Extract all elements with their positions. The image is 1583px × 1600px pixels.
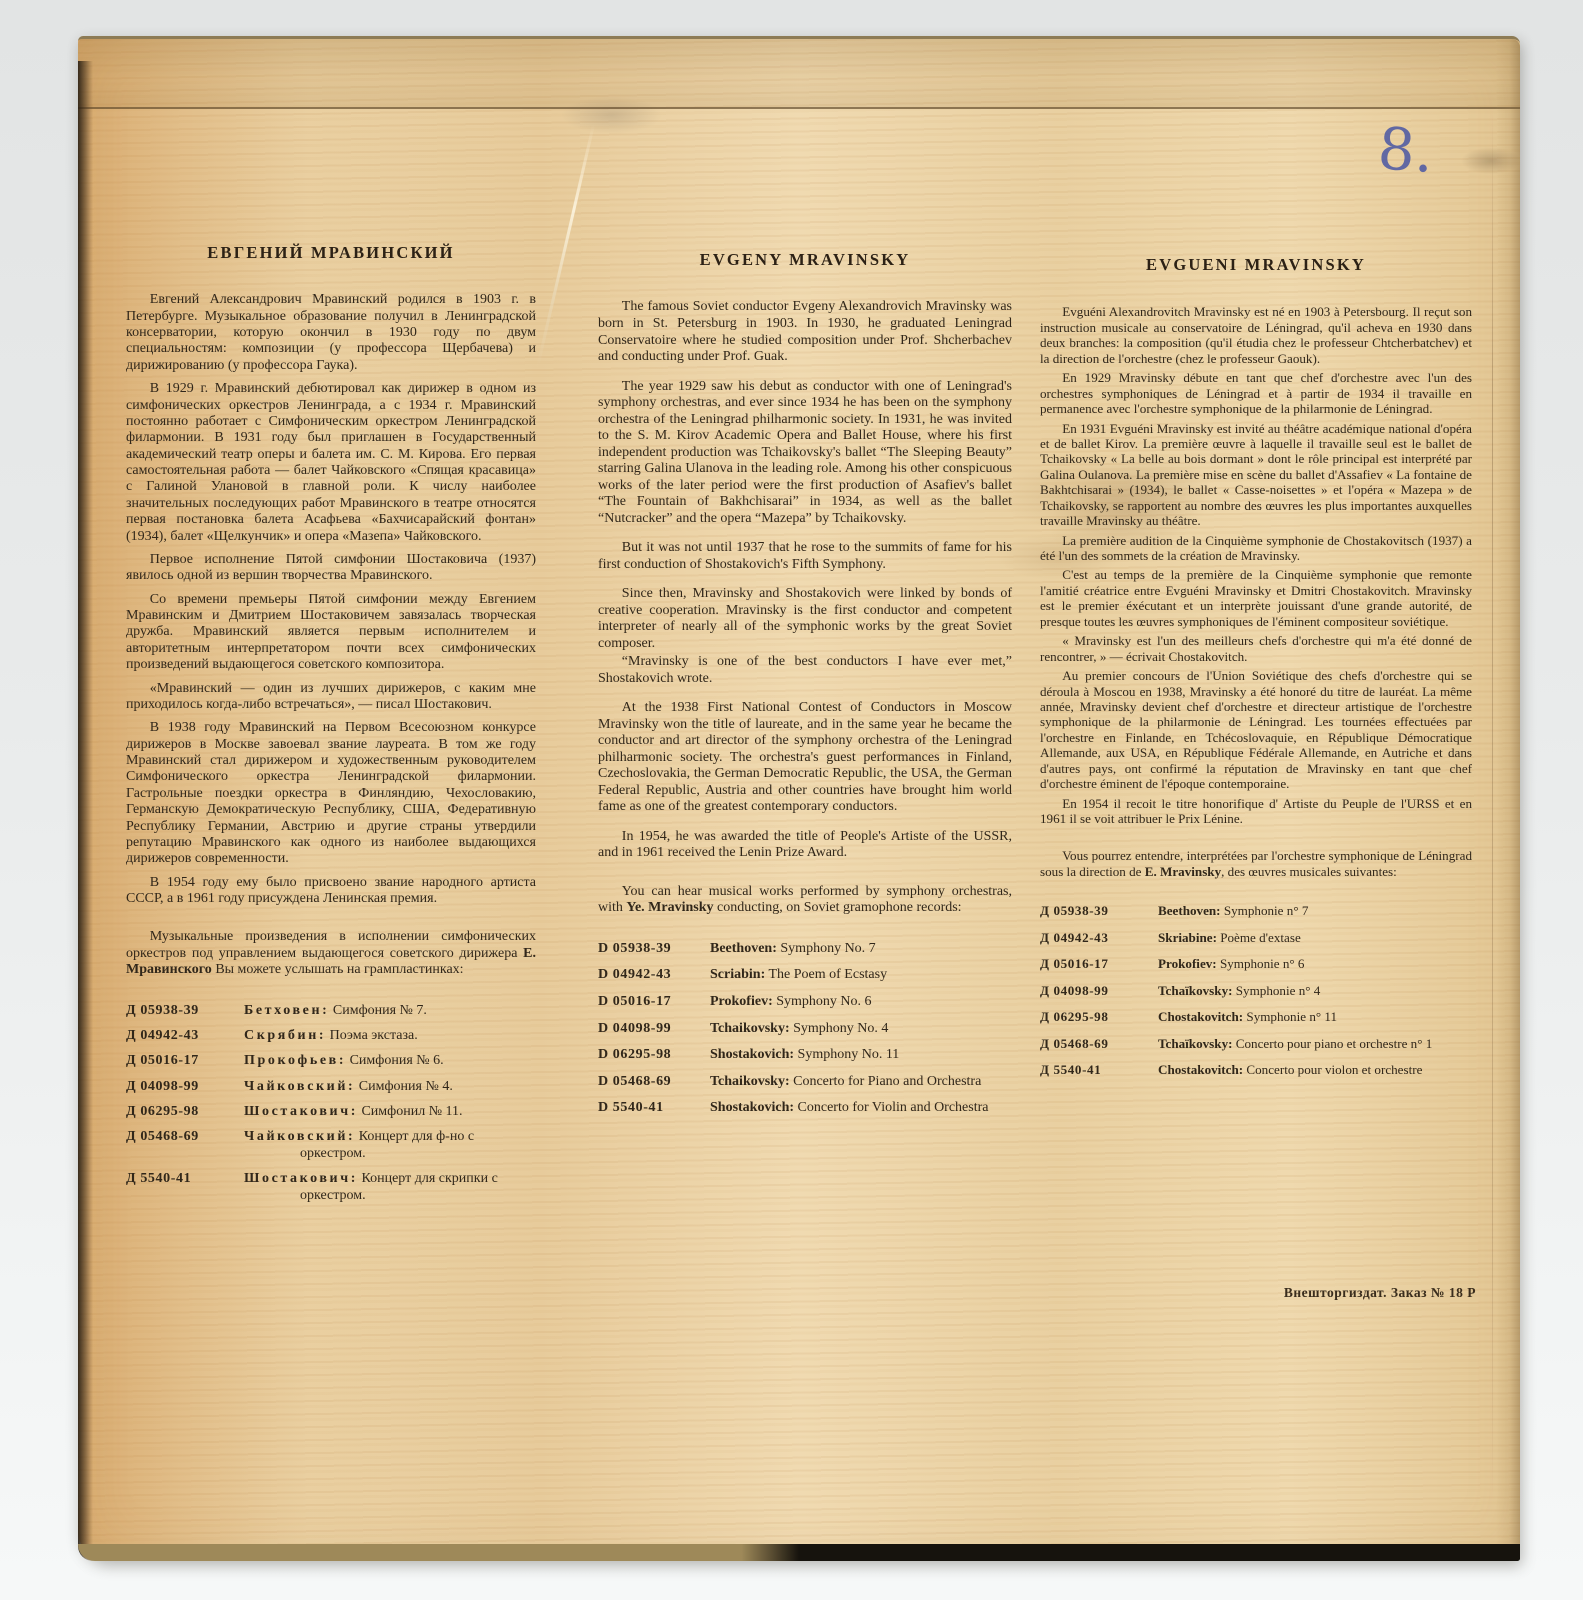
record-work: Symphony No. 11 xyxy=(798,1047,900,1062)
record-entry: Chostakovitch: Concerto pour violon et o… xyxy=(1158,1062,1472,1077)
intro-text: , des œuvres musicales suivantes: xyxy=(1221,864,1397,879)
record-work: Симфонил № 11. xyxy=(361,1104,462,1119)
record-row: Д 06295-98Chostakovitch: Symphonie n° 11 xyxy=(1040,1009,1472,1024)
record-entry: Tchaikovsky: Concerto for Piano and Orch… xyxy=(710,1074,1012,1091)
record-catalog-number: Д 04942-43 xyxy=(126,1028,244,1044)
paragraph: «Мравинский — один из лучших дирижеров, … xyxy=(126,681,536,714)
paragraph: В 1938 году Мравинский на Первом Всесоюз… xyxy=(126,720,536,867)
paragraph: В 1954 году ему было присвоено звание на… xyxy=(126,875,536,908)
record-composer: Шостакович: xyxy=(244,1104,358,1119)
record-work: Поэма экстаза. xyxy=(330,1028,418,1043)
record-catalog-number: Д 05016-17 xyxy=(1040,956,1158,971)
record-row: Д 04942-43Skriabine: Poème d'extase xyxy=(1040,930,1472,945)
record-entry: Бетховен: Симфония № 7. xyxy=(244,1003,536,1019)
paragraph: Au premier concours de l'Union Soviétiqu… xyxy=(1040,668,1472,792)
record-entry: Shostakovich: Symphony No. 11 xyxy=(710,1047,1012,1064)
paragraph: C'est au temps de la première de la Cinq… xyxy=(1040,567,1472,629)
record-catalog-number: Д 04098-99 xyxy=(1040,983,1158,998)
record-entry: Tchaïkovsky: Symphonie n° 4 xyxy=(1158,983,1472,998)
record-composer: Tchaïkovsky: xyxy=(1158,1036,1232,1051)
handwritten-number: 8. xyxy=(1376,114,1520,192)
paragraph: La première audition de la Cinquième sym… xyxy=(1040,533,1472,564)
record-entry: Tchaïkovsky: Concerto pour piano et orch… xyxy=(1158,1036,1472,1051)
record-entry: Scriabin: The Poem of Ecstasy xyxy=(710,967,1012,984)
record-entry: Beethoven: Symphony No. 7 xyxy=(710,941,1012,958)
record-work: Symphonie n° 11 xyxy=(1246,1009,1337,1024)
record-entry: Шостакович: Концерт для скрипки с оркест… xyxy=(244,1171,536,1204)
paragraph: The year 1929 saw his debut as conductor… xyxy=(598,379,1012,528)
record-row: Д 05938-39Beethoven: Symphonie n° 7 xyxy=(1040,903,1472,918)
record-row: D 5540-41Shostakovich: Concerto for Viol… xyxy=(598,1100,1012,1117)
scratch-mark xyxy=(536,124,595,368)
record-composer: Прокофьев: xyxy=(244,1053,346,1068)
record-work: Concerto pour violon et orchestre xyxy=(1246,1062,1422,1077)
record-row: Д 04942-43Скрябин: Поэма экстаза. xyxy=(126,1028,536,1044)
record-row: Д 06295-98Шостакович: Симфонил № 11. xyxy=(126,1104,536,1120)
column-title-french: EVGUENI MRAVINSKY xyxy=(1040,255,1472,274)
record-work: Симфония № 6. xyxy=(350,1053,444,1068)
record-entry: Skriabine: Poème d'extase xyxy=(1158,930,1472,945)
record-entry: Shostakovich: Concerto for Violin and Or… xyxy=(710,1100,1012,1117)
record-catalog-number: D 04098-99 xyxy=(598,1021,710,1038)
paragraph: The famous Soviet conductor Evgeny Alexa… xyxy=(598,299,1012,365)
record-work: Symphonie n° 4 xyxy=(1236,983,1321,998)
record-row: Д 05938-39Бетховен: Симфония № 7. xyxy=(126,1003,536,1019)
record-composer: Чайковский: xyxy=(244,1129,355,1144)
record-catalog-number: D 5540-41 xyxy=(598,1100,710,1117)
record-work: Concerto for Violin and Orchestra xyxy=(798,1100,989,1115)
record-row: D 04942-43Scriabin: The Poem of Ecstasy xyxy=(598,967,1012,984)
record-composer: Scriabin: xyxy=(710,967,765,982)
record-row: Д 5540-41Chostakovitch: Concerto pour vi… xyxy=(1040,1062,1472,1077)
record-composer: Скрябин: xyxy=(244,1028,326,1043)
record-catalog-number: Д 06295-98 xyxy=(1040,1009,1158,1024)
intro-paragraph: Vous pourrez entendre, interprétées par … xyxy=(1040,848,1472,879)
record-catalog-number: D 04942-43 xyxy=(598,967,710,984)
record-row: Д 04098-99Tchaïkovsky: Symphonie n° 4 xyxy=(1040,983,1472,998)
record-row: D 05016-17Prokofiev: Symphony No. 6 xyxy=(598,994,1012,1011)
record-row: Д 5540-41Шостакович: Концерт для скрипки… xyxy=(126,1171,536,1204)
record-row: D 06295-98Shostakovich: Symphony No. 11 xyxy=(598,1047,1012,1064)
paragraph: In 1954, he was awarded the title of Peo… xyxy=(598,829,1012,862)
paragraph: Первое исполнение Пятой симфонии Шостако… xyxy=(126,552,536,585)
record-catalog-number: Д 05938-39 xyxy=(1040,903,1158,918)
record-catalog-number: Д 06295-98 xyxy=(126,1104,244,1120)
record-catalog-number: Д 05468-69 xyxy=(126,1129,244,1162)
column-french: EVGUENI MRAVINSKY Evguéni Alexandrovitch… xyxy=(1040,255,1472,1088)
column-russian: ЕВГЕНИЙ МРАВИНСКИЙ Евгений Александрович… xyxy=(126,243,536,1213)
record-work: Симфония № 7. xyxy=(333,1003,427,1018)
record-catalog-number: Д 04942-43 xyxy=(1040,930,1158,945)
record-entry: Tchaikovsky: Symphony No. 4 xyxy=(710,1021,1012,1038)
record-catalog-number: D 05016-17 xyxy=(598,994,710,1011)
record-catalog-number: D 06295-98 xyxy=(598,1047,710,1064)
record-composer: Prokofiev: xyxy=(1158,956,1217,971)
record-composer: Tchaïkovsky: xyxy=(1158,983,1232,998)
column-title-english: EVGENY MRAVINSKY xyxy=(598,250,1012,269)
intro-paragraph: You can hear musical works performed by … xyxy=(598,884,1012,917)
intro-text: Вы можете услышать на грампластинках: xyxy=(212,962,464,977)
record-composer: Beethoven: xyxy=(1158,903,1221,918)
record-composer: Beethoven: xyxy=(710,941,777,956)
record-catalog-number: Д 05016-17 xyxy=(126,1053,244,1069)
record-work: Concerto pour piano et orchestre n° 1 xyxy=(1236,1036,1433,1051)
records-list: D 05938-39Beethoven: Symphony No. 7 D 04… xyxy=(598,941,1012,1117)
record-work: Symphony No. 4 xyxy=(793,1021,888,1036)
record-composer: Shostakovich: xyxy=(710,1100,794,1115)
record-catalog-number: Д 04098-99 xyxy=(126,1079,244,1095)
record-composer: Chostakovitch: xyxy=(1158,1009,1243,1024)
record-catalog-number: D 05938-39 xyxy=(598,941,710,958)
paragraph: En 1931 Evguéni Mravinsky est invité au … xyxy=(1040,421,1472,529)
record-row: Д 05016-17Prokofiev: Symphonie n° 6 xyxy=(1040,956,1472,971)
paragraph: En 1929 Mravinsky débute en tant que che… xyxy=(1040,370,1472,416)
record-sleeve-back: 8. ЕВГЕНИЙ МРАВИНСКИЙ Евгений Александро… xyxy=(78,36,1520,1561)
photo-backdrop: 8. ЕВГЕНИЙ МРАВИНСКИЙ Евгений Александро… xyxy=(0,0,1583,1600)
paragraph: « Mravinsky est l'un des meilleurs chefs… xyxy=(1040,633,1472,664)
paragraph: But it was not until 1937 that he rose t… xyxy=(598,540,1012,573)
record-work: Symphony No. 6 xyxy=(776,994,871,1009)
record-composer: Tchaikovsky: xyxy=(710,1074,790,1089)
record-composer: Skriabine: xyxy=(1158,930,1217,945)
record-composer: Chostakovitch: xyxy=(1158,1062,1243,1077)
record-row: Д 05468-69Tchaïkovsky: Concerto pour pia… xyxy=(1040,1036,1472,1051)
intro-paragraph: Музыкальные произведения в исполнении си… xyxy=(126,929,536,978)
record-entry: Прокофьев: Симфония № 6. xyxy=(244,1053,536,1069)
record-row: D 05468-69Tchaikovsky: Concerto for Pian… xyxy=(598,1074,1012,1091)
record-entry: Prokofiev: Symphonie n° 6 xyxy=(1158,956,1472,971)
record-entry: Prokofiev: Symphony No. 6 xyxy=(710,994,1012,1011)
record-row: Д 05468-69Чайковский: Концерт для ф-но с… xyxy=(126,1129,536,1162)
publisher-imprint: Внешторгиздат. Заказ № 18 Р xyxy=(1284,1285,1476,1301)
record-entry: Beethoven: Symphonie n° 7 xyxy=(1158,903,1472,918)
paragraph: Evguéni Alexandrovitch Mravinsky est né … xyxy=(1040,304,1472,366)
paragraph: Since then, Mravinsky and Shostakovich w… xyxy=(598,586,1012,652)
paragraph: Со времени премьеры Пятой симфонии между… xyxy=(126,592,536,674)
record-composer: Tchaikovsky: xyxy=(710,1021,790,1036)
record-row: D 05938-39Beethoven: Symphony No. 7 xyxy=(598,941,1012,958)
record-entry: Скрябин: Поэма экстаза. xyxy=(244,1028,536,1044)
paragraph: At the 1938 First National Contest of Co… xyxy=(598,700,1012,816)
record-row: Д 05016-17Прокофьев: Симфония № 6. xyxy=(126,1053,536,1069)
paragraph: “Mravinsky is one of the best conductors… xyxy=(598,654,1012,687)
record-work: Poème d'extase xyxy=(1220,930,1301,945)
record-catalog-number: Д 05938-39 xyxy=(126,1003,244,1019)
column-english: EVGENY MRAVINSKY The famous Soviet condu… xyxy=(598,250,1012,1127)
record-catalog-number: Д 05468-69 xyxy=(1040,1036,1158,1051)
intro-text: conducting, on Soviet gramophone records… xyxy=(714,900,962,915)
conductor-name: Ye. Mravinsky xyxy=(626,900,713,915)
conductor-name: E. Mravinsky xyxy=(1145,864,1221,879)
record-entry: Шостакович: Симфонил № 11. xyxy=(244,1104,536,1120)
record-work: Symphonie n° 7 xyxy=(1224,903,1309,918)
record-entry: Чайковский: Концерт для ф-но с оркестром… xyxy=(244,1129,536,1162)
crease-line xyxy=(1492,109,1493,1501)
record-entry: Chostakovitch: Symphonie n° 11 xyxy=(1158,1009,1472,1024)
intro-text: Музыкальные произведения в исполнении си… xyxy=(126,929,536,960)
records-list: Д 05938-39Beethoven: Symphonie n° 7 Д 04… xyxy=(1040,903,1472,1077)
record-entry: Чайковский: Симфония № 4. xyxy=(244,1079,536,1095)
record-work: Concerto for Piano and Orchestra xyxy=(793,1074,981,1089)
sleeve-bottom-edge xyxy=(78,1544,1520,1561)
record-catalog-number: D 05468-69 xyxy=(598,1074,710,1091)
record-work: Symphony No. 7 xyxy=(780,941,875,956)
record-work: Симфония № 4. xyxy=(359,1079,453,1094)
paragraph: Евгений Александрович Мравинский родился… xyxy=(126,292,536,374)
paragraph: En 1954 il recoit le titre honorifique d… xyxy=(1040,796,1472,827)
sleeve-right-edge xyxy=(1496,39,1520,1561)
sleeve-spine xyxy=(78,61,93,1561)
column-title-russian: ЕВГЕНИЙ МРАВИНСКИЙ xyxy=(126,243,536,262)
record-row: D 04098-99Tchaikovsky: Symphony No. 4 xyxy=(598,1021,1012,1038)
paragraph: В 1929 г. Мравинский дебютировал как дир… xyxy=(126,381,536,545)
record-catalog-number: Д 5540-41 xyxy=(1040,1062,1158,1077)
record-work: Symphonie n° 6 xyxy=(1220,956,1305,971)
record-composer: Бетховен: xyxy=(244,1003,329,1018)
record-work: The Poem of Ecstasy xyxy=(768,967,887,982)
sleeve-top-flap xyxy=(78,39,1520,109)
record-composer: Shostakovich: xyxy=(710,1047,794,1062)
records-list: Д 05938-39Бетховен: Симфония № 7. Д 0494… xyxy=(126,1003,536,1204)
record-catalog-number: Д 5540-41 xyxy=(126,1171,244,1204)
record-composer: Чайковский: xyxy=(244,1079,355,1094)
record-composer: Шостакович: xyxy=(244,1171,358,1186)
record-composer: Prokofiev: xyxy=(710,994,773,1009)
record-row: Д 04098-99Чайковский: Симфония № 4. xyxy=(126,1079,536,1095)
